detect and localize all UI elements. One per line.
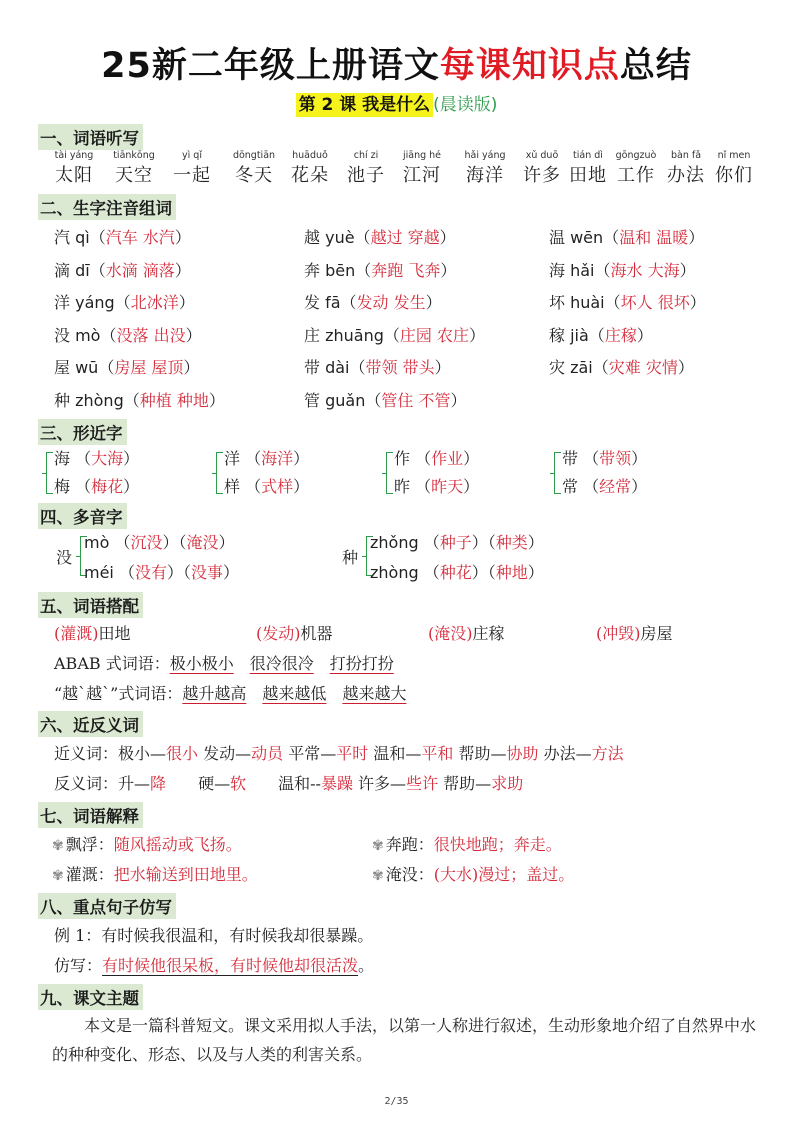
word-pair: 协助	[507, 744, 539, 763]
char-entry: 越 yuè（越过 穿越）	[304, 225, 456, 248]
word-base: 温和—	[373, 744, 421, 763]
paren: ）	[680, 261, 696, 280]
char-words: 水滴 滴落	[106, 261, 175, 280]
paren: ）	[690, 293, 706, 312]
word-base: 平常—	[288, 744, 336, 763]
char-words: 灾难 灾情	[609, 358, 678, 377]
collocation-noun: 田地	[99, 624, 131, 643]
similar-char-entry: 作 （作业）	[394, 446, 479, 469]
explanation-definition: (大水)漫过；盖过。	[434, 865, 575, 884]
word-pair: 求助	[491, 774, 523, 793]
char-entry: 没 mò（没落 出没）	[54, 323, 202, 346]
lesson-subtitle: 第 2 课 我是什么(晨读版)	[0, 90, 793, 115]
paren: （	[109, 533, 130, 552]
char-word: 经常	[599, 477, 631, 496]
char-entry: 洋 yáng（北冰洋）	[54, 290, 195, 313]
explanation-term: 淹没：	[386, 865, 434, 884]
char-pinyin: jià	[570, 326, 589, 345]
char-entry: 海 hǎi（海水 大海）	[549, 258, 696, 281]
vocab-word: 冬天	[224, 161, 284, 187]
collocation-noun: 机器	[301, 624, 333, 643]
char-pinyin: zāi	[570, 358, 593, 377]
vocab-word: 太阳	[44, 161, 104, 187]
reading-entry: zhǒng （种子）（种类）	[370, 530, 544, 553]
char-entry: 屋 wū（房屋 屋顶）	[54, 355, 199, 378]
brace-icon	[46, 452, 53, 494]
paren: ）	[435, 358, 451, 377]
char-entry: 汽 qì（汽车 水汽）	[54, 225, 191, 248]
word-base: 升—	[118, 774, 150, 793]
edition-label: (晨读版)	[433, 95, 497, 115]
explanation-term: 奔跑：	[386, 835, 434, 854]
collocation-verb: (冲毁)	[596, 624, 641, 643]
char: 没	[54, 326, 75, 345]
abab-word: 打扮打扮	[330, 654, 394, 673]
abab-word: 极小极小	[170, 654, 234, 673]
imitation-sentence: 仿写：有时候他很呆板，有时候他却很活泼。	[54, 953, 374, 976]
char-entry: 带 dài（带领 带头）	[304, 355, 451, 378]
yue-words-row: “越ˋ越ˋ”式词语：越升越高 越来越低 越来越大	[54, 681, 406, 704]
char-words: 庄稼	[605, 326, 637, 345]
vocab-pinyin: yì qǐ	[162, 150, 222, 161]
char-words: 房屋 屋顶	[114, 358, 183, 377]
char-words: 越过 穿越	[371, 228, 440, 247]
reading-word: 没事	[191, 563, 223, 582]
char: 常 （	[562, 477, 599, 496]
paren: （	[589, 326, 605, 345]
paren: （	[100, 326, 116, 345]
vocab-item: jiāng hé江河	[392, 150, 452, 187]
char-pinyin: yuè	[325, 228, 354, 247]
vocab-item: tài yáng太阳	[44, 150, 104, 187]
word-pair: 暴躁	[321, 774, 353, 793]
vocab-pinyin: tiānkōng	[104, 150, 164, 161]
char-word: 作业	[431, 449, 463, 468]
leaf-icon: ✾	[372, 868, 384, 884]
yue-word: 越升越高	[182, 684, 246, 703]
explanation-definition: 很快地跑；奔走。	[434, 835, 562, 854]
char-word: 式样	[261, 477, 293, 496]
paren: ）	[463, 449, 479, 468]
char-pinyin: zhòng	[75, 391, 124, 410]
paren: ）	[179, 293, 195, 312]
yue-word: 越来越大	[342, 684, 406, 703]
char-entry: 稼 jià（庄稼）	[549, 323, 653, 346]
char-entry: 温 wēn（温和 温暖）	[549, 225, 704, 248]
paren: （	[365, 391, 381, 410]
paren: （	[90, 228, 106, 247]
section-heading-2: 二、生字注音组词	[38, 194, 176, 220]
word-base: 办法—	[544, 744, 592, 763]
paren: ）（	[472, 533, 496, 552]
synonyms-row: 近义词：极小—很小 发动—动员 平常—平时 温和—平和 帮助—协助 办法—方法	[54, 741, 624, 764]
char: 海	[549, 261, 570, 280]
vocab-item: chí zi池子	[336, 150, 396, 187]
paren: ）	[469, 326, 485, 345]
paren: ）	[631, 477, 647, 496]
page-number: 2/35	[0, 1096, 793, 1107]
paren: ）	[688, 228, 704, 247]
char-words: 没落 出没	[116, 326, 185, 345]
char-entry: 坏 huài（坏人 很坏）	[549, 290, 706, 313]
paren: （	[124, 391, 140, 410]
vocab-pinyin: huāduǒ	[280, 150, 340, 161]
char-pinyin: hǎi	[570, 261, 594, 280]
char: 滴	[54, 261, 75, 280]
vocab-item: tiānkōng天空	[104, 150, 164, 187]
collocation-noun: 房屋	[641, 624, 673, 643]
reading-word: 淹没	[187, 533, 219, 552]
vocab-item: yì qǐ一起	[162, 150, 222, 187]
vocab-word: 池子	[336, 161, 396, 187]
char-pinyin: yáng	[75, 293, 115, 312]
paren: （	[98, 358, 114, 377]
paren: ）	[631, 449, 647, 468]
char-entry: 奔 bēn（奔跑 飞奔）	[304, 258, 456, 281]
paren: （	[594, 261, 610, 280]
collocation-verb: (发动)	[256, 624, 301, 643]
polyphonic-char: 种	[342, 545, 358, 568]
vocab-pinyin: hǎi yáng	[455, 150, 515, 161]
paren: ）	[440, 261, 456, 280]
vocab-item: hǎi yáng海洋	[455, 150, 515, 187]
char: 样 （	[224, 477, 261, 496]
char: 越	[304, 228, 325, 247]
paren: ）	[528, 533, 544, 552]
char: 庄	[304, 326, 325, 345]
reading-pinyin: zhòng	[370, 563, 419, 582]
antonyms-row: 反义词：升—降 硬—软 温和--暴躁 许多—些许 帮助—求助	[54, 771, 523, 794]
paren: （	[603, 228, 619, 247]
char-word: 海洋	[261, 449, 293, 468]
word-base: 帮助—	[459, 744, 507, 763]
char-pinyin: bēn	[325, 261, 355, 280]
example-sentence: 例 1：有时候我很温和，有时候我却很暴躁。	[54, 923, 373, 946]
reading-pinyin: mò	[84, 533, 109, 552]
char-entry: 灾 zāi（灾难 灾情）	[549, 355, 694, 378]
paren: （	[605, 293, 621, 312]
similar-char-entry: 海 （大海）	[54, 446, 139, 469]
paren: ）	[219, 533, 235, 552]
paren: ）	[293, 477, 309, 496]
section-heading-9: 九、课文主题	[38, 984, 143, 1010]
leaf-icon: ✾	[52, 838, 64, 854]
char-entry: 发 fā（发动 发生）	[304, 290, 442, 313]
char: 汽	[54, 228, 75, 247]
vocab-word: 一起	[162, 161, 222, 187]
char-entry: 种 zhòng（种植 种地）	[54, 388, 225, 411]
page-title: 25新二年级上册语文每课知识点总结	[0, 38, 793, 88]
leaf-icon: ✾	[52, 868, 64, 884]
explanation-item: ✾灌溉：把水输送到田地里。	[52, 862, 258, 885]
brace-icon	[216, 452, 223, 494]
char-pinyin: huài	[570, 293, 605, 312]
vocab-word: 海洋	[455, 161, 515, 187]
char-pinyin: guǎn	[325, 391, 365, 410]
section-heading-8: 八、重点句子仿写	[38, 893, 176, 919]
char: 温	[549, 228, 570, 247]
char-word: 大海	[91, 449, 123, 468]
char-pinyin: dī	[75, 261, 90, 280]
paren: （	[341, 293, 357, 312]
explanation-definition: 随风摇动或飞扬。	[114, 835, 242, 854]
word-pair: 很小	[166, 744, 198, 763]
reading-word: 种花	[440, 563, 472, 582]
paren: ）	[123, 449, 139, 468]
char: 坏	[549, 293, 570, 312]
char-word: 带领	[599, 449, 631, 468]
collocation-item: (灌溉)田地	[54, 621, 131, 644]
paren: （	[355, 228, 371, 247]
similar-char-entry: 梅 （梅花）	[54, 474, 139, 497]
section-heading-5: 五、词语搭配	[38, 592, 143, 618]
polyphonic-char: 没	[56, 545, 72, 568]
paren: ）（	[472, 563, 496, 582]
paren: （	[419, 533, 440, 552]
char-pinyin: mò	[75, 326, 100, 345]
theme-paragraph: 本文是一篇科普短文。课文采用拟人手法，以第一人称进行叙述，生动形象地介绍了自然界…	[52, 1011, 762, 1069]
char-pinyin: dài	[325, 358, 349, 377]
word-base: 硬—	[198, 774, 230, 793]
char-words: 种植 种地	[140, 391, 209, 410]
collocation-item: (淹没)庄稼	[428, 621, 505, 644]
word-base: 极小—	[118, 744, 166, 763]
vocab-word: 天空	[104, 161, 164, 187]
char-entry: 滴 dī（水滴 滴落）	[54, 258, 191, 281]
explanation-item: ✾飘浮：随风摇动或飞扬。	[52, 832, 242, 855]
vocab-item: dōngtiān冬天	[224, 150, 284, 187]
vocab-pinyin: dōngtiān	[224, 150, 284, 161]
char: 奔	[304, 261, 325, 280]
word-pair: 方法	[592, 744, 624, 763]
paren: ）	[183, 358, 199, 377]
vocab-word: 你们	[704, 161, 764, 187]
explanation-term: 灌溉：	[66, 865, 114, 884]
paren: ）	[223, 563, 239, 582]
char-words: 管住 不管	[381, 391, 450, 410]
similar-char-entry: 样 （式样）	[224, 474, 309, 497]
leaf-icon: ✾	[372, 838, 384, 854]
char-words: 带领 带头	[366, 358, 435, 377]
explanation-item: ✾淹没：(大水)漫过；盖过。	[372, 862, 574, 885]
collocation-verb: (灌溉)	[54, 624, 99, 643]
char-pinyin: wēn	[570, 228, 603, 247]
paren: ）	[186, 326, 202, 345]
reading-pinyin: zhǒng	[370, 533, 419, 552]
section-heading-6: 六、近反义词	[38, 711, 143, 737]
char: 屋	[54, 358, 75, 377]
char-word: 梅花	[91, 477, 123, 496]
word-pair: 软	[230, 774, 246, 793]
paren: ）	[440, 228, 456, 247]
char: 稼	[549, 326, 570, 345]
paren: ）	[463, 477, 479, 496]
char-pinyin: zhuāng	[325, 326, 384, 345]
vocab-pinyin: jiāng hé	[392, 150, 452, 161]
brace-icon	[554, 452, 561, 494]
paren: （	[419, 563, 440, 582]
paren: （	[350, 358, 366, 377]
char-words: 汽车 水汽	[106, 228, 175, 247]
section-heading-7: 七、词语解释	[38, 802, 143, 828]
paren: ）	[209, 391, 225, 410]
section-heading-1: 一、词语听写	[38, 124, 143, 150]
reading-entry: méi （没有）（没事）	[84, 560, 239, 583]
vocab-word: 花朵	[280, 161, 340, 187]
char: 洋 （	[224, 449, 261, 468]
yue-word: 越来越低	[262, 684, 326, 703]
paren: ）	[293, 449, 309, 468]
paren: ）	[175, 228, 191, 247]
abab-words-row: ABAB 式词语：极小极小 很冷很冷 打扮打扮	[54, 651, 394, 674]
char: 带	[304, 358, 325, 377]
paren: ）（	[167, 563, 191, 582]
word-pair: 动员	[251, 744, 283, 763]
similar-char-entry: 昨 （昨天）	[394, 474, 479, 497]
char-words: 庄园 农庄	[400, 326, 469, 345]
paren: ）	[678, 358, 694, 377]
word-pair: 平时	[336, 744, 368, 763]
word-base: 帮助—	[443, 774, 491, 793]
reading-word: 种子	[440, 533, 472, 552]
char-pinyin: qì	[75, 228, 90, 247]
vocab-item: huāduǒ花朵	[280, 150, 340, 187]
char: 海 （	[54, 449, 91, 468]
reading-entry: zhòng （种花）（种地）	[370, 560, 544, 583]
paren: ）	[175, 261, 191, 280]
char: 作 （	[394, 449, 431, 468]
char-entry: 庄 zhuāng（庄园 农庄）	[304, 323, 485, 346]
brace-icon	[386, 452, 393, 494]
section-heading-4: 四、多音字	[38, 503, 127, 529]
char-words: 温和 温暖	[619, 228, 688, 247]
char: 昨 （	[394, 477, 431, 496]
similar-char-entry: 带 （带领）	[562, 446, 647, 469]
char-words: 发动 发生	[357, 293, 426, 312]
char: 管	[304, 391, 325, 410]
char-pinyin: wū	[75, 358, 98, 377]
char: 灾	[549, 358, 570, 377]
paren: ）	[528, 563, 544, 582]
vocab-pinyin: tài yáng	[44, 150, 104, 161]
vocab-item: nǐ men你们	[704, 150, 764, 187]
word-pair: 平和	[421, 744, 453, 763]
char-words: 海水 大海	[611, 261, 680, 280]
paren: ）（	[162, 533, 186, 552]
reading-word: 没有	[135, 563, 167, 582]
reading-word: 沉没	[130, 533, 162, 552]
paren: （	[355, 261, 371, 280]
lesson-name: 第 2 课 我是什么	[296, 93, 434, 117]
vocab-word: 江河	[392, 161, 452, 187]
similar-char-entry: 洋 （海洋）	[224, 446, 309, 469]
vocab-pinyin: chí zi	[336, 150, 396, 161]
char: 梅 （	[54, 477, 91, 496]
word-base: 发动—	[203, 744, 251, 763]
paren: （	[384, 326, 400, 345]
collocation-item: (发动)机器	[256, 621, 333, 644]
explanation-item: ✾奔跑：很快地跑；奔走。	[372, 832, 562, 855]
char: 发	[304, 293, 325, 312]
char-words: 坏人 很坏	[621, 293, 690, 312]
paren: ）	[123, 477, 139, 496]
paren: ）	[450, 391, 466, 410]
collocation-noun: 庄稼	[473, 624, 505, 643]
reading-word: 种类	[496, 533, 528, 552]
paren: （	[115, 293, 131, 312]
similar-char-entry: 常 （经常）	[562, 474, 647, 497]
abab-word: 很冷很冷	[250, 654, 314, 673]
paren: （	[114, 563, 135, 582]
char: 种	[54, 391, 75, 410]
reading-word: 种地	[496, 563, 528, 582]
paren: （	[593, 358, 609, 377]
collocation-verb: (淹没)	[428, 624, 473, 643]
explanation-term: 飘浮：	[66, 835, 114, 854]
char: 洋	[54, 293, 75, 312]
word-pair: 些许	[406, 774, 438, 793]
char-words: 北冰洋	[131, 293, 179, 312]
char: 带 （	[562, 449, 599, 468]
paren: ）	[426, 293, 442, 312]
paren: （	[90, 261, 106, 280]
word-base: 温和--	[278, 774, 321, 793]
reading-entry: mò （沉没）（淹没）	[84, 530, 235, 553]
vocab-pinyin: nǐ men	[704, 150, 764, 161]
reading-pinyin: méi	[84, 563, 114, 582]
word-base: 许多—	[358, 774, 406, 793]
char-word: 昨天	[431, 477, 463, 496]
paren: ）	[637, 326, 653, 345]
collocation-item: (冲毁)房屋	[596, 621, 673, 644]
section-heading-3: 三、形近字	[38, 419, 127, 445]
word-pair: 降	[150, 774, 166, 793]
char-entry: 管 guǎn（管住 不管）	[304, 388, 466, 411]
char-pinyin: fā	[325, 293, 340, 312]
explanation-definition: 把水输送到田地里。	[114, 865, 258, 884]
char-words: 奔跑 飞奔	[371, 261, 440, 280]
